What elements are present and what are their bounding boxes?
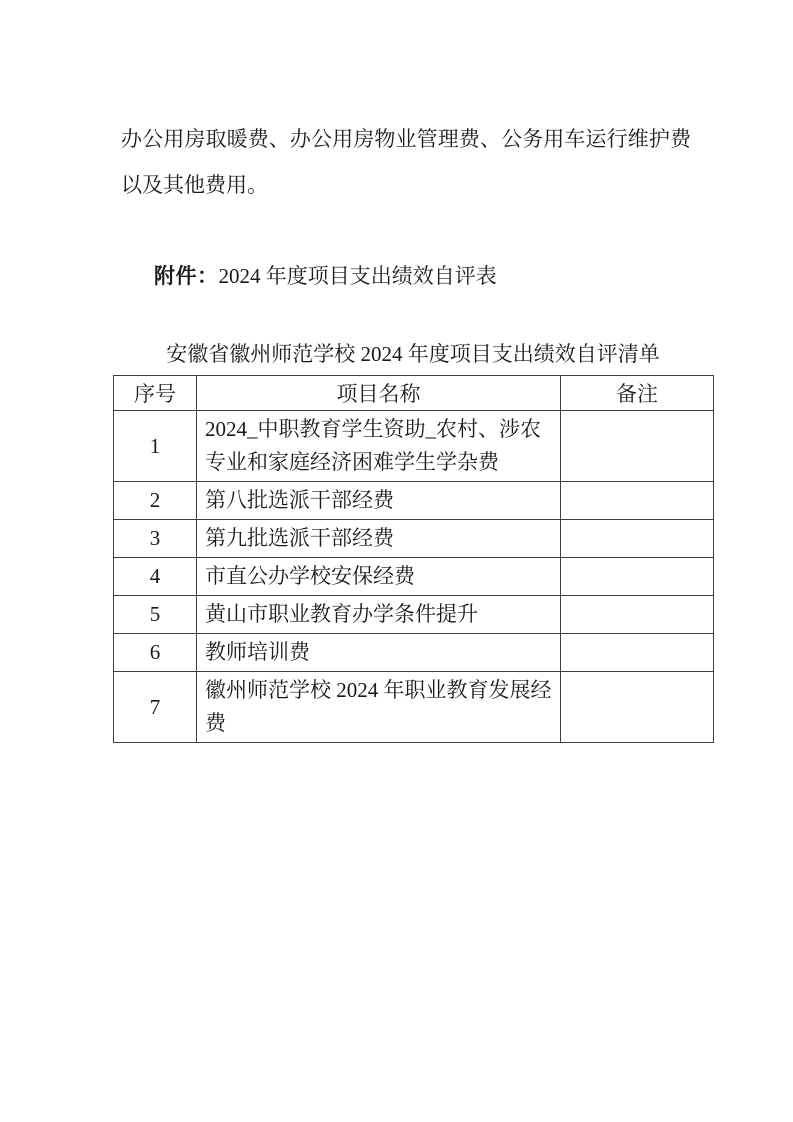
project-name-cell: 市直公办学校安保经费 <box>197 558 561 596</box>
note-cell <box>561 634 714 672</box>
project-name-cell: 2024_中职教育学生资助_农村、涉农专业和家庭经济困难学生学杂费 <box>197 411 561 482</box>
table-title: 安徽省徽州师范学校 2024 年度项目支出绩效自评清单 <box>113 339 713 369</box>
table-row: 4 市直公办学校安保经费 <box>114 558 714 596</box>
header-cell-name: 项目名称 <box>197 376 561 411</box>
header-cell-note: 备注 <box>561 376 714 411</box>
table-row: 5 黄山市职业教育办学条件提升 <box>114 596 714 634</box>
attachment-title: 2024 年度项目支出绩效自评表 <box>219 264 497 288</box>
row-number-cell: 1 <box>114 411 197 482</box>
table-header-row: 序号 项目名称 备注 <box>114 376 714 411</box>
attachment-heading: 附件：2024 年度项目支出绩效自评表 <box>154 261 497 292</box>
table-row: 3 第九批选派干部经费 <box>114 520 714 558</box>
table-row: 7 徽州师范学校 2024 年职业教育发展经费 <box>114 672 714 743</box>
row-number-cell: 3 <box>114 520 197 558</box>
project-name-cell: 教师培训费 <box>197 634 561 672</box>
note-cell <box>561 411 714 482</box>
note-cell <box>561 672 714 743</box>
project-name-cell: 第九批选派干部经费 <box>197 520 561 558</box>
note-cell <box>561 482 714 520</box>
project-name-cell: 黄山市职业教育办学条件提升 <box>197 596 561 634</box>
projects-table: 序号 项目名称 备注 1 2024_中职教育学生资助_农村、涉农专业和家庭经济困… <box>113 375 714 743</box>
note-cell <box>561 596 714 634</box>
header-cell-no: 序号 <box>114 376 197 411</box>
note-cell <box>561 520 714 558</box>
table-row: 6 教师培训费 <box>114 634 714 672</box>
table-row: 1 2024_中职教育学生资助_农村、涉农专业和家庭经济困难学生学杂费 <box>114 411 714 482</box>
row-number-cell: 4 <box>114 558 197 596</box>
attachment-label: 附件： <box>154 265 219 288</box>
project-name-cell: 第八批选派干部经费 <box>197 482 561 520</box>
row-number-cell: 5 <box>114 596 197 634</box>
body-paragraph: 办公用房取暖费、办公用房物业管理费、公务用车运行维护费以及其他费用。 <box>121 116 691 208</box>
row-number-cell: 2 <box>114 482 197 520</box>
table-row: 2 第八批选派干部经费 <box>114 482 714 520</box>
document-page: 办公用房取暖费、办公用房物业管理费、公务用车运行维护费以及其他费用。 附件：20… <box>0 0 793 1122</box>
row-number-cell: 6 <box>114 634 197 672</box>
note-cell <box>561 558 714 596</box>
row-number-cell: 7 <box>114 672 197 743</box>
project-name-cell: 徽州师范学校 2024 年职业教育发展经费 <box>197 672 561 743</box>
